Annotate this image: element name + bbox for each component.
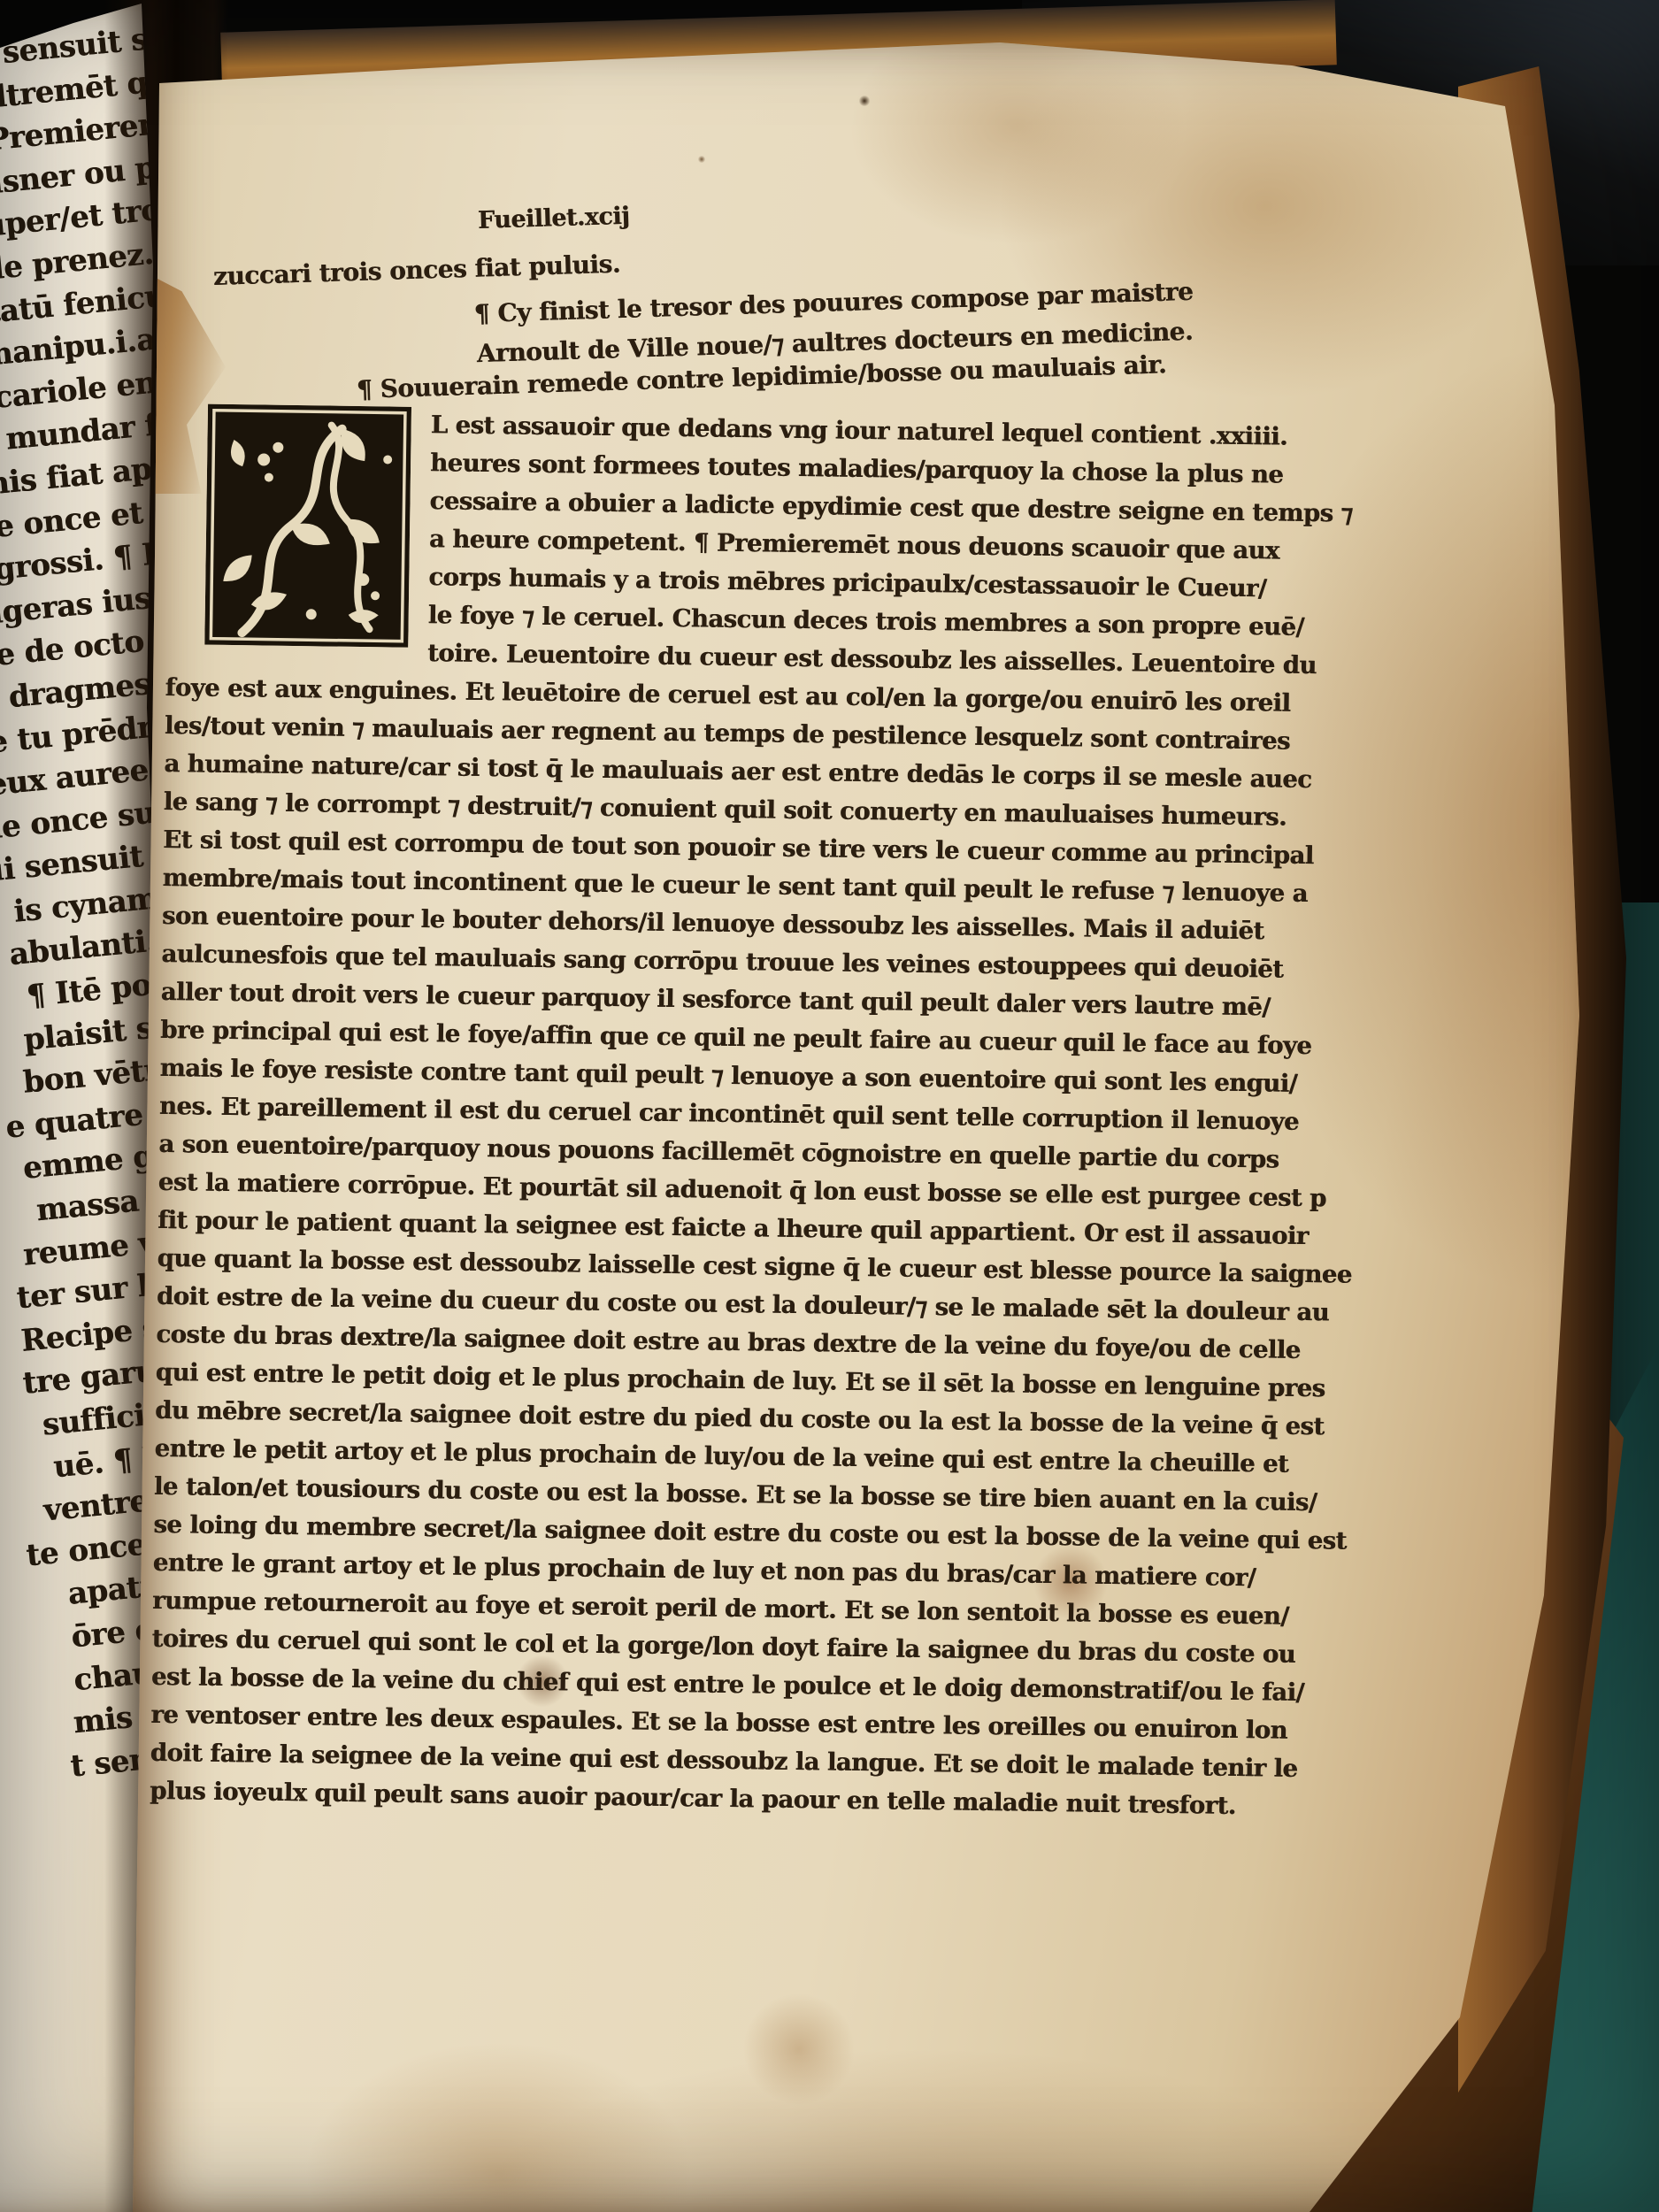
folio-header: Fueillet.xcij (478, 203, 630, 234)
photo-scene: e q̄ sensuit sanaultremēt quā¶ Premierem… (0, 0, 1659, 2212)
recipe-last-line: zuccari trois onces fiat puluis. (212, 250, 620, 291)
main-paragraph: L est assauoir que dedans vng iour natur… (150, 407, 1507, 1833)
right-page: Fueillet.xcij zuccari trois onces fiat p… (128, 25, 1601, 2212)
woodcut-initial-art (204, 404, 411, 648)
woodcut-initial-I (204, 404, 411, 648)
